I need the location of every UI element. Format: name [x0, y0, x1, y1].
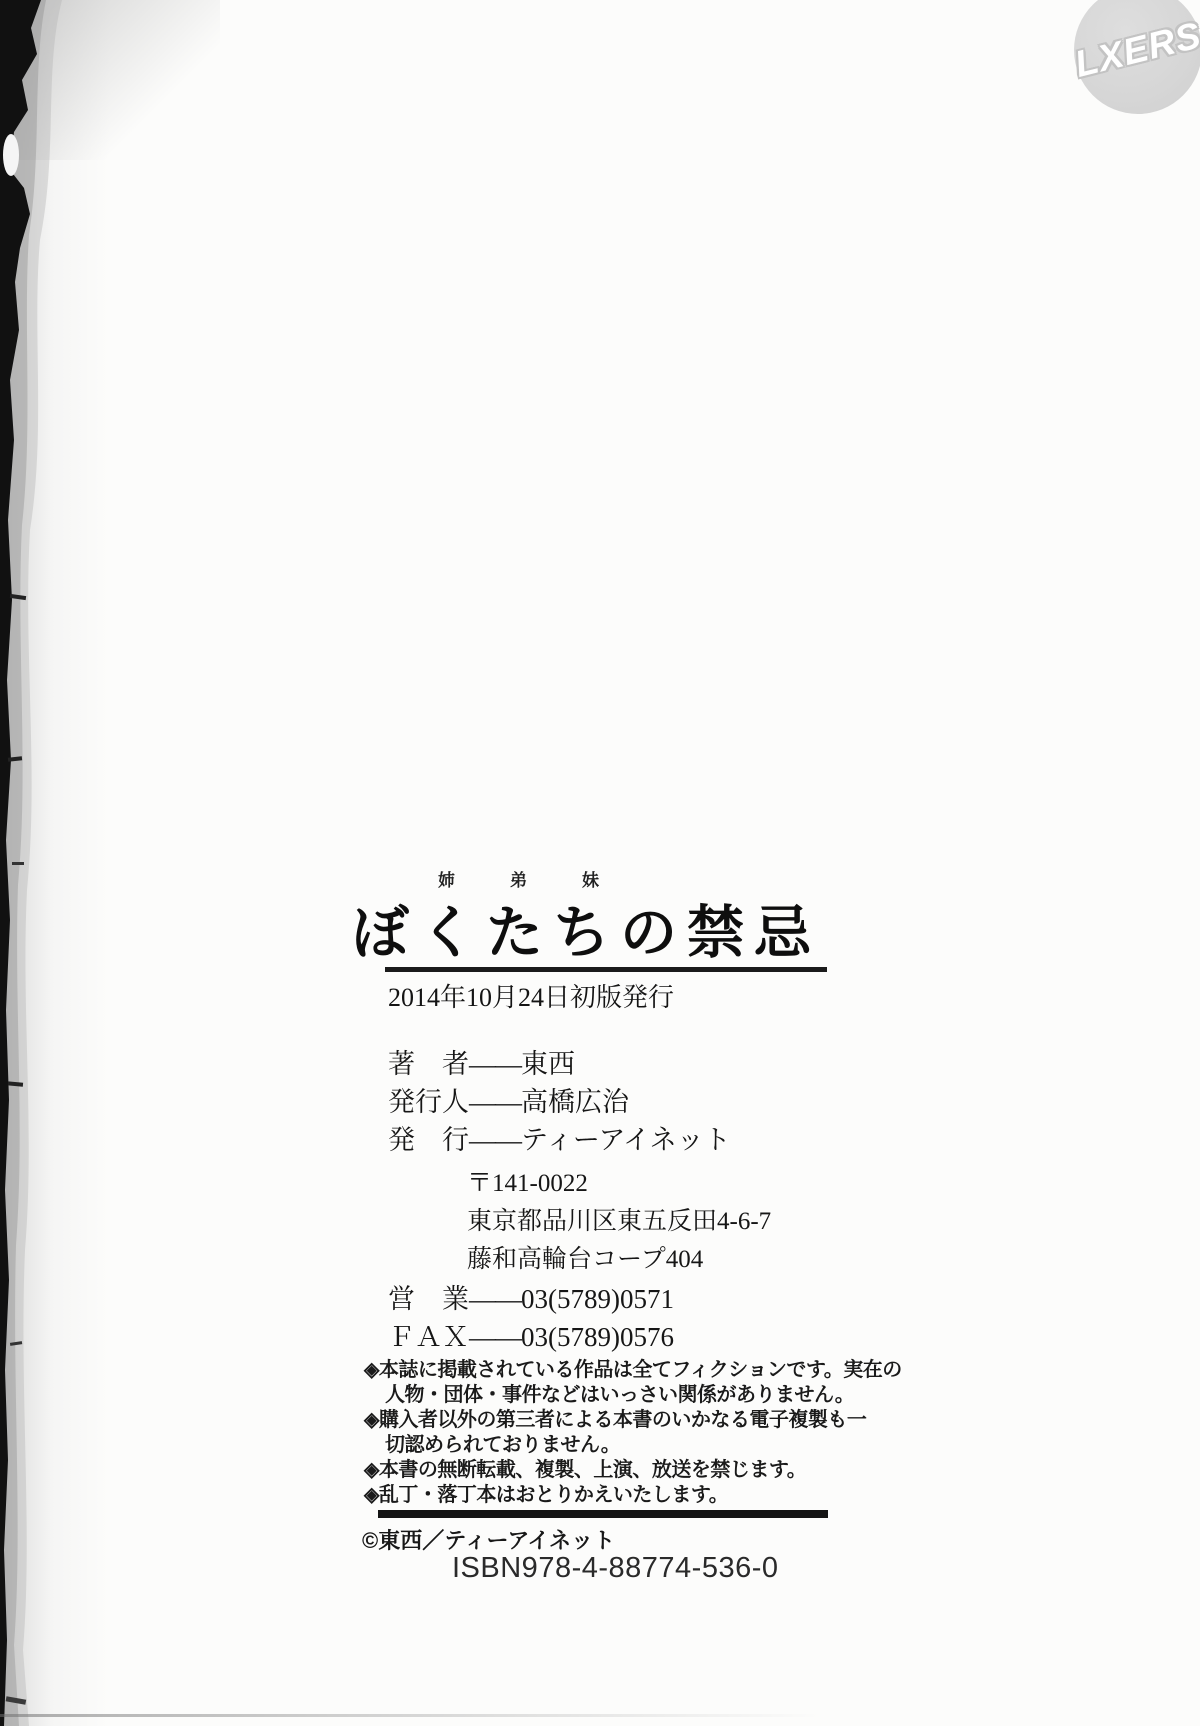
contact-label: 営 業	[388, 1284, 469, 1314]
title-furigana: 姉 弟 妹	[438, 866, 599, 891]
legal-notices: ◈本誌に掲載されている作品は全てフィクションです。実在の 人物・団体・事件などは…	[364, 1353, 844, 1503]
notice-line-continuation: 切認められておりません。	[364, 1428, 844, 1453]
scanlation-logo-badge: LXERS	[1074, 0, 1200, 114]
contact-row-fax: ＦＡＸ——03(5789)0576	[388, 1315, 674, 1353]
contact-value: 03(5789)0576	[521, 1322, 674, 1352]
credit-label: 発 行	[388, 1125, 469, 1155]
notice-line: ◈本誌に掲載されている作品は全てフィクションです。実在の	[364, 1353, 844, 1378]
furigana-char: 弟	[510, 866, 527, 891]
credit-label: 著 者	[388, 1049, 469, 1079]
contact-dash: ——	[469, 1322, 521, 1352]
footer-divider-rule	[378, 1510, 828, 1518]
scanned-colophon-page: LXERS 姉 弟 妹 ぼくたちの禁忌 2014年10月24日初版発行 著 者—…	[0, 0, 1200, 1726]
address-street: 東京都品川区東五反田4-6-7	[467, 1201, 771, 1239]
contact-row-sales: 営 業——03(5789)0571	[388, 1277, 674, 1315]
furigana-char: 妹	[582, 866, 599, 891]
credit-value: 高橋広治	[521, 1087, 629, 1117]
contact-dash: ——	[469, 1284, 521, 1314]
contact-numbers: 営 業——03(5789)0571 ＦＡＸ——03(5789)0576	[388, 1277, 674, 1353]
credit-value: ティーアイネット	[521, 1125, 731, 1155]
isbn-number: ISBN978-4-88774-536-0	[452, 1552, 778, 1585]
scanlation-logo-text: LXERS	[1071, 14, 1200, 86]
book-title-block: 姉 弟 妹 ぼくたちの禁忌	[352, 866, 821, 969]
address-postal-code: 〒141-0022	[467, 1163, 771, 1201]
notice-line: ◈本書の無断転載、複製、上演、放送を禁じます。	[364, 1453, 844, 1478]
scan-edge-artifact	[0, 0, 130, 1726]
credit-dash: ——	[469, 1049, 521, 1079]
copyright-line: ©東西／ティーアイネット	[362, 1524, 615, 1555]
credit-row-publisher-company: 発 行——ティーアイネット	[388, 1118, 731, 1156]
credit-value: 東西	[521, 1049, 575, 1079]
publication-credits: 著 者——東西 発行人——高橋広治 発 行——ティーアイネット	[388, 1042, 731, 1156]
title-divider-rule	[385, 967, 827, 972]
publisher-address: 〒141-0022 東京都品川区東五反田4-6-7 藤和高輪台コープ404	[467, 1163, 771, 1277]
address-building: 藤和高輪台コープ404	[467, 1239, 771, 1277]
contact-value: 03(5789)0571	[521, 1284, 674, 1314]
notice-line-continuation: 人物・団体・事件などはいっさい関係がありません。	[364, 1378, 844, 1403]
credit-dash: ——	[469, 1125, 521, 1155]
credit-label: 発行人	[388, 1087, 469, 1117]
furigana-char: 姉	[438, 866, 455, 891]
notice-line: ◈乱丁・落丁本はおとりかえいたします。	[364, 1478, 844, 1503]
credit-row-author: 著 者——東西	[388, 1042, 731, 1080]
edition-date: 2014年10月24日初版発行	[388, 977, 674, 1014]
contact-label: ＦＡＸ	[388, 1322, 469, 1352]
notice-line: ◈購入者以外の第三者による本書のいかなる電子複製も一	[364, 1403, 844, 1428]
credit-row-publisher-person: 発行人——高橋広治	[388, 1080, 731, 1118]
bottom-scan-line	[0, 1714, 820, 1717]
credit-dash: ——	[469, 1087, 521, 1117]
